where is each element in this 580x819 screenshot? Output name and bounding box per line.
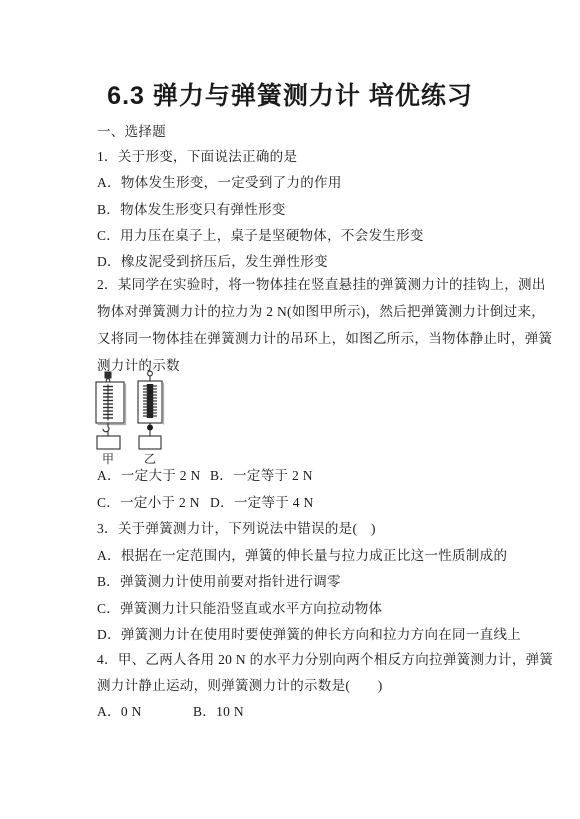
question-2-option-b: B．一定等于 2 N <box>210 468 313 483</box>
top-knob <box>105 372 112 379</box>
question-4-stem-line-1: 4．甲、乙两人各用 20 N 的水平力分别向两个相反方向拉弹簧测力计，弹簧 <box>97 651 553 669</box>
figure-label-jia: 甲 <box>102 452 114 466</box>
question-1-option-a: A．物体发生形变，一定受到了力的作用 <box>97 174 342 192</box>
question-4-option-b: B．10 N <box>193 704 244 719</box>
question-3-option-a: A．根据在一定范围内，弹簧的伸长量与拉力成正比这一性质制成的 <box>97 547 507 565</box>
scale-body <box>96 382 124 423</box>
question-3-option-d: D．弹簧测力计在使用时要使弹簧的伸长方向和拉力方向在同一直线上 <box>97 626 521 644</box>
question-4-option-a: A．0 N <box>97 703 193 721</box>
question-2-options-row-2: C．一定小于 2 ND．一定等于 4 N <box>97 494 314 512</box>
worksheet-page: 6.3 弹力与弹簧测力计 培优练习 一、选择题 1．关于形变，下面说法正确的是 … <box>0 0 580 819</box>
question-2-stem-line-1: 2．某同学在实验时，将一物体挂在竖直悬挂的弹簧测力计的挂钩上，测出 <box>97 276 546 294</box>
question-2-options-row-1: A．一定大于 2 NB．一定等于 2 N <box>97 467 313 485</box>
figure-label-yi: 乙 <box>144 452 156 466</box>
question-1-stem: 1．关于形变，下面说法正确的是 <box>97 148 297 166</box>
weight-box <box>139 436 161 449</box>
top-hook-loop <box>148 371 153 376</box>
question-4-options-row: A．0 NB．10 N <box>97 703 244 721</box>
page-title: 6.3 弹力与弹簧测力计 培优练习 <box>0 81 580 111</box>
dynamometer-jia: 甲 <box>96 372 126 467</box>
question-3-option-c: C．弹簧测力计只能沿竖直或水平方向拉动物体 <box>97 600 382 618</box>
question-4-stem-line-2: 测力计静止运动，则弹簧测力计的示数是( ) <box>97 677 383 695</box>
question-2-option-c: C．一定小于 2 N <box>97 494 210 512</box>
bottom-ring <box>147 425 153 431</box>
question-1-option-b: B．物体发生形变只有弹性形变 <box>97 201 286 219</box>
question-2-stem-line-3: 又将同一物体挂在弹簧测力计的吊环上，如图乙所示，当物体静止时，弹簧 <box>97 330 552 348</box>
question-3-stem: 3．关于弹簧测力计，下列说法中错误的是( ) <box>97 520 376 538</box>
question-1-option-d: D．橡皮泥受到挤压后，发生弹性形变 <box>97 253 328 271</box>
section-heading: 一、选择题 <box>97 123 166 141</box>
question-2-figure: 甲 <box>88 369 178 467</box>
question-2-option-d: D．一定等于 4 N <box>210 495 314 510</box>
question-1-option-c: C．用力压在桌子上，桌子是坚硬物体，不会发生形变 <box>97 227 424 245</box>
question-3-option-b: B．弹簧测力计使用前要对指针进行调零 <box>97 573 341 591</box>
dynamometer-yi: 乙 <box>138 371 164 466</box>
question-2-stem-line-2: 物体对弹簧测力计的拉力为 2 N(如图甲所示)，然后把弹簧测力计倒过来， <box>97 303 545 321</box>
weight-box <box>97 436 120 449</box>
question-2-option-a: A．一定大于 2 N <box>97 467 210 485</box>
